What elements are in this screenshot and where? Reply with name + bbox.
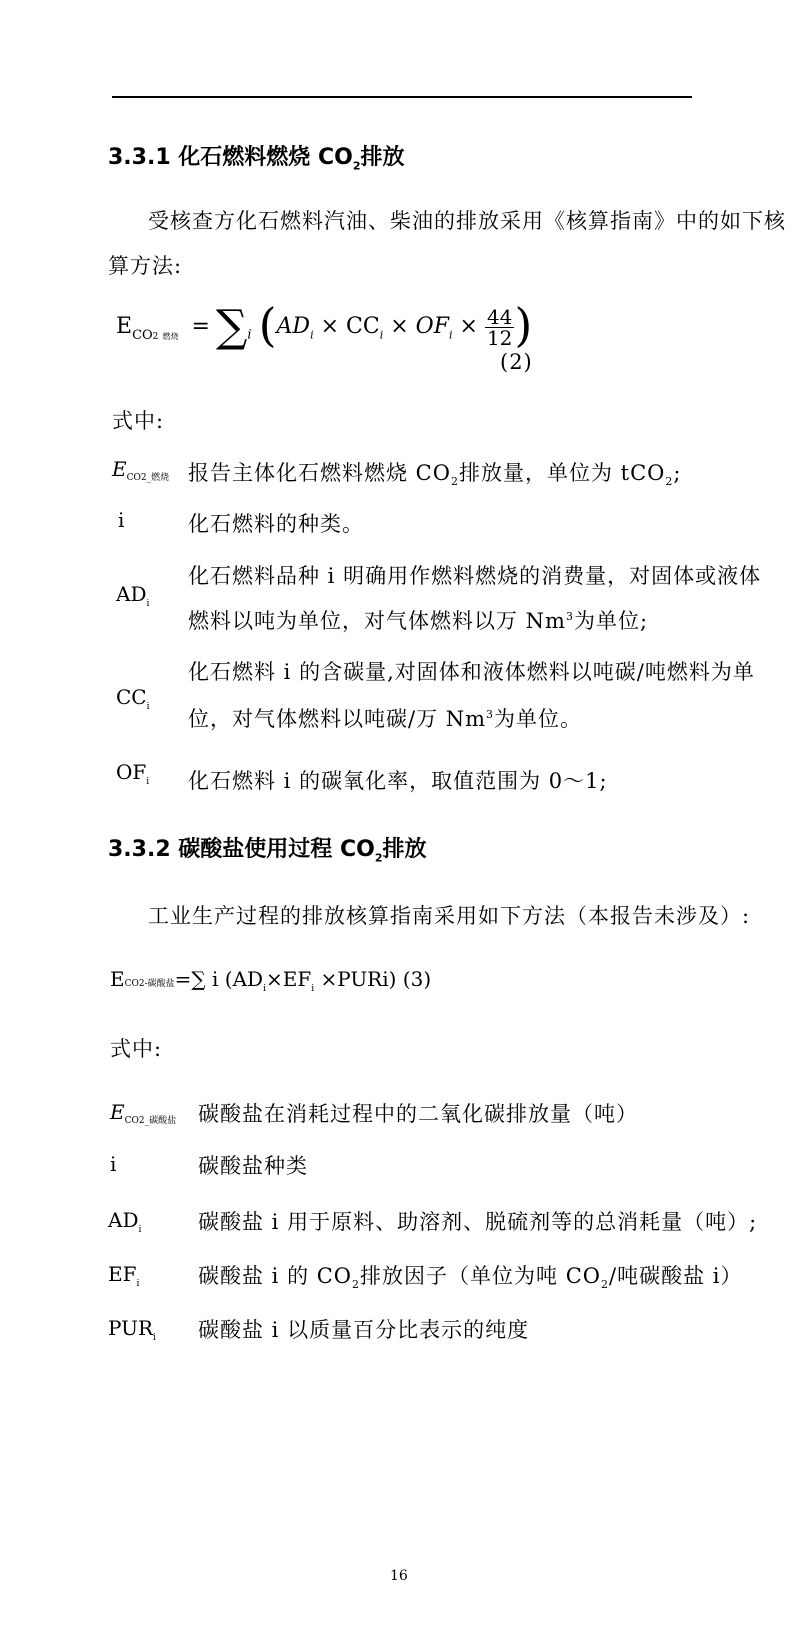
def-symbol-ef: EFi <box>108 1262 139 1289</box>
def-text-pur: 碳酸盐 i 以质量百分比表示的纯度 <box>198 1314 529 1344</box>
def-symbol-i: i <box>118 508 124 532</box>
sub-i: i <box>449 328 453 341</box>
def-text-part: 为单位; <box>574 609 648 633</box>
def-text-ef: 碳酸盐 i 的 CO2排放因子（单位为吨 CO2/吨碳酸盐 i） <box>198 1260 742 1291</box>
def-text-e-combustion: 报告主体化石燃料燃烧 CO2排放量，单位为 tCO2; <box>188 457 681 488</box>
formula-lhs-e: E <box>116 314 132 339</box>
def-text-part: 排放量，单位为 tCO <box>459 461 665 485</box>
denominator: 12 <box>485 328 514 348</box>
def-symbol-pur: PURi <box>108 1316 156 1343</box>
symbol-cc: CC <box>116 685 147 709</box>
sub-i: i <box>380 328 384 341</box>
formula-body: =∑ i (AD <box>175 967 263 991</box>
formula-cc: CC <box>346 314 380 339</box>
fraction-44-12: 4412 <box>485 307 514 348</box>
def-text-part: 位，对气体燃料以吨碳/万 Nm <box>188 707 486 731</box>
def-text-e-carbonate: 碳酸盐在消耗过程中的二氧化碳排放量（吨） <box>198 1098 638 1128</box>
formula-2-number: (2) <box>500 350 533 374</box>
heading-text: 3.3.2 碳酸盐使用过程 CO <box>108 837 375 862</box>
intro-3-3-2: 工业生产过程的排放核算指南采用如下方法（本报告未涉及）: <box>148 900 750 930</box>
heading-text: 3.3.1 化石燃料燃烧 CO <box>108 145 353 170</box>
equals-sign: = <box>192 314 210 339</box>
def-text-ad-line1: 化石燃料品种 i 明确用作燃料燃烧的消费量，对固体或液体 <box>188 560 761 590</box>
where-label-2: 式中: <box>110 1033 162 1063</box>
formula-lhs-sub: CO2 燃烧 <box>132 328 178 343</box>
page-number: 16 <box>390 1568 408 1584</box>
close-paren: ) <box>514 298 532 352</box>
section-heading-3-3-1: 3.3.1 化石燃料燃烧 CO2排放 <box>108 140 404 172</box>
def-text-ad-2: 碳酸盐 i 用于原料、助溶剂、脱硫剂等的总消耗量（吨）; <box>198 1206 757 1236</box>
def-text-i: 化石燃料的种类。 <box>188 508 364 538</box>
symbol-sub: i <box>136 1279 139 1289</box>
symbol-e: E <box>112 457 127 481</box>
symbol-sub: CO2_燃烧 <box>127 473 170 483</box>
formula-body: ×EF <box>266 967 311 991</box>
symbol-pur: PUR <box>108 1316 153 1340</box>
formula-e: E <box>110 967 125 991</box>
superscript-3: 3 <box>566 610 574 623</box>
subscript-2: 2 <box>352 1278 360 1291</box>
def-symbol-e-combustion: ECO2_燃烧 <box>112 457 169 483</box>
open-paren: ( <box>259 298 277 352</box>
symbol-of: OF <box>116 760 146 784</box>
symbol-sub: i <box>146 777 149 787</box>
sigma-subscript: i <box>247 327 251 342</box>
def-symbol-e-carbonate: ECO2_碳酸盐 <box>110 1100 176 1126</box>
def-text-part: 排放因子（单位为吨 CO <box>360 1264 601 1288</box>
def-symbol-ad: ADi <box>116 582 149 609</box>
section-heading-3-3-2: 3.3.2 碳酸盐使用过程 CO2排放 <box>108 832 426 864</box>
symbol-e: E <box>110 1100 125 1124</box>
def-text-i-2: 碳酸盐种类 <box>198 1150 308 1180</box>
sub-i: i <box>310 328 314 341</box>
symbol-ad: AD <box>108 1208 138 1232</box>
formula-e-sub: CO2-碳酸盐 <box>125 979 175 989</box>
symbol-ad: AD <box>116 582 146 606</box>
def-text-of: 化石燃料 i 的碳氧化率，取值范围为 0～1; <box>188 765 608 795</box>
def-symbol-of: OFi <box>116 760 149 787</box>
subscript-2: 2 <box>451 475 459 488</box>
def-text-part: 碳酸盐 i 的 CO <box>198 1264 352 1288</box>
heading-suffix: 排放 <box>360 145 404 170</box>
times-sign: × <box>390 314 408 339</box>
sub-combustion: 燃烧 <box>163 332 179 341</box>
sigma-icon: ∑ <box>216 301 247 352</box>
def-text-part: 报告主体化石燃料燃烧 CO <box>188 461 451 485</box>
numerator: 44 <box>485 307 514 328</box>
symbol-sub: CO2_碳酸盐 <box>125 1116 177 1126</box>
intro-line-2: 算方法: <box>108 250 182 280</box>
superscript-3: 3 <box>486 708 494 721</box>
formula-3: ECO2-碳酸盐=∑ i (ADi×EFi ×PURi) (3) <box>110 967 431 994</box>
symbol-sub: i <box>153 1333 156 1343</box>
formula-ad: AD <box>277 314 311 339</box>
heading-suffix: 排放 <box>382 837 426 862</box>
times-sign: × <box>460 314 478 339</box>
def-text-part: /吨碳酸盐 i） <box>609 1264 742 1288</box>
def-text-part: 为单位。 <box>494 707 582 731</box>
def-text-cc-line2: 位，对气体燃料以吨碳/万 Nm3为单位。 <box>188 703 582 733</box>
def-symbol-cc: CCi <box>116 685 150 712</box>
def-text-part: 燃料以吨为单位，对气体燃料以万 Nm <box>188 609 566 633</box>
sub-co: CO <box>132 328 153 343</box>
symbol-sub: i <box>138 1225 141 1235</box>
symbol-sub: i <box>146 599 149 609</box>
def-text-cc-line1: 化石燃料 i 的含碳量,对固体和液体燃料以吨碳/吨燃料为单 <box>188 656 755 686</box>
times-sign: × <box>321 314 339 339</box>
subscript-2: 2 <box>601 1278 609 1291</box>
symbol-ef: EF <box>108 1262 136 1286</box>
def-symbol-ad-2: ADi <box>108 1208 141 1235</box>
formula-body: ×PURi) (3) <box>314 967 431 991</box>
header-rule <box>112 96 692 98</box>
intro-line-1: 受核查方化石燃料汽油、柴油的排放采用《核算指南》中的如下核 <box>148 205 786 235</box>
sub-2: 2 <box>153 332 159 342</box>
where-label-1: 式中: <box>112 405 164 435</box>
formula-of: OF <box>416 314 449 339</box>
symbol-sub: i <box>147 702 150 712</box>
formula-2: ECO2 燃烧 =∑i (ADi × CCi × OFi × 4412) <box>116 298 532 352</box>
def-symbol-i-2: i <box>110 1152 116 1176</box>
def-text-part: ; <box>673 461 681 485</box>
def-text-ad-line2: 燃料以吨为单位，对气体燃料以万 Nm3为单位; <box>188 605 648 635</box>
